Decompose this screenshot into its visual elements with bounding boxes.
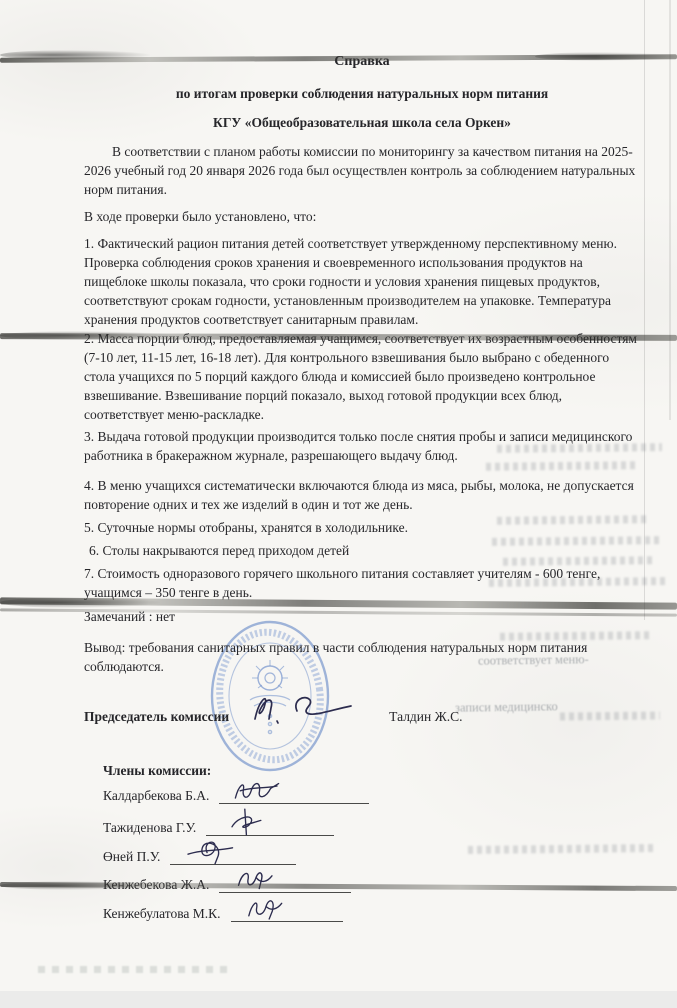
chairman-name: Талдин Ж.С. [389, 709, 462, 725]
page-edge-shadow [669, 0, 671, 420]
document-subtitle: по итогам проверки соблюдения натуральны… [84, 84, 640, 103]
organization-name: КГУ «Общеобразовательная школа села Орке… [84, 113, 640, 132]
scan-edge-band [0, 991, 677, 1008]
chairman-signature [243, 687, 355, 731]
scan-streak-blob [535, 52, 677, 61]
intro-paragraph: В соответствии с планом работы комиссии … [84, 142, 640, 199]
chairman-label: Председатель комиссии [84, 709, 229, 725]
finding-item-4: 4. В меню учащихся систематически включа… [84, 476, 640, 514]
finding-item-2: 2. Масса порции блюд, предоставляемая уч… [84, 329, 640, 424]
finding-item-1: 1. Фактический рацион питания детей соот… [84, 234, 640, 329]
members-heading: Члены комиссии: [103, 763, 211, 779]
bottom-smudge [38, 966, 228, 973]
findings-heading: В ходе проверки было установлено, что: [84, 207, 640, 226]
finding-item-7: 7. Стоимость одноразового горячего школь… [84, 564, 640, 602]
member-row: Кенжебулатова М.К. [103, 906, 343, 922]
chairman-signature-row: Председатель комиссии Талдин Ж.С. [84, 703, 462, 731]
scan-streak-blob [0, 597, 160, 608]
scan-streak-blob [0, 331, 175, 340]
bleed-through-smudge [468, 844, 653, 854]
scanned-document-page: Справка по итогам проверки соблюдения на… [0, 0, 677, 1008]
finding-item-6: 6. Столы накрываются перед приходом дете… [89, 541, 645, 560]
member-name: Өней П.У. [103, 849, 160, 865]
bleed-through-smudge [560, 711, 660, 720]
finding-item-5: 5. Суточные нормы отобраны, хранятся в х… [84, 518, 640, 537]
member-signature [241, 888, 313, 928]
scan-streak-blob [0, 50, 150, 60]
bleed-through-text: записи медицинско [455, 699, 558, 715]
finding-item-3: 3. Выдача готовой продукции производится… [84, 427, 640, 465]
page-fold-line [644, 0, 645, 620]
signature-line [231, 906, 343, 922]
conclusion-paragraph: Вывод: требования санитарных правил в ча… [84, 638, 640, 676]
scan-streak-blob [0, 881, 155, 890]
member-name: Калдарбекова Б.А. [103, 788, 209, 804]
member-name: Кенжебулатова М.К. [103, 906, 221, 922]
